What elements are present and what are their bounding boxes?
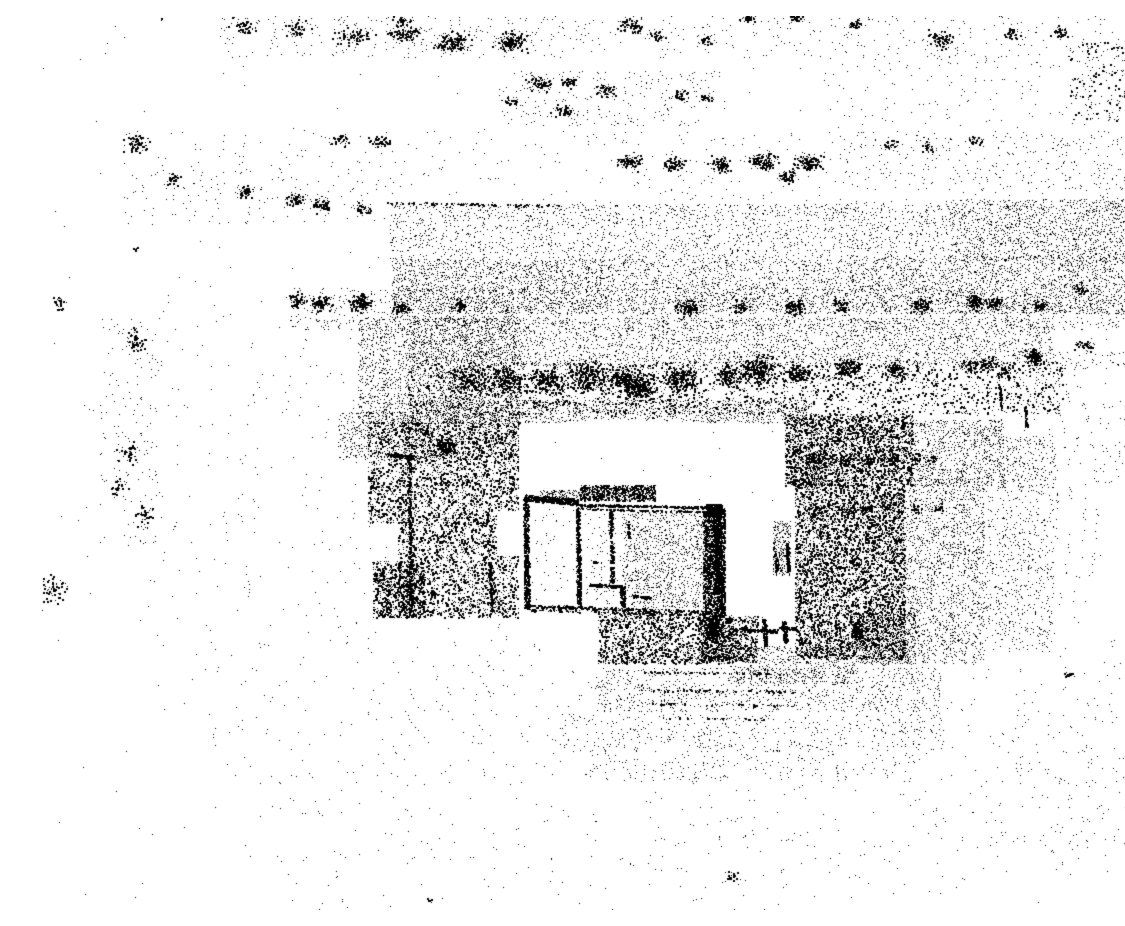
lidar-point-cloud-view [40, 16, 1125, 910]
point-cloud-canvas [40, 16, 1125, 910]
